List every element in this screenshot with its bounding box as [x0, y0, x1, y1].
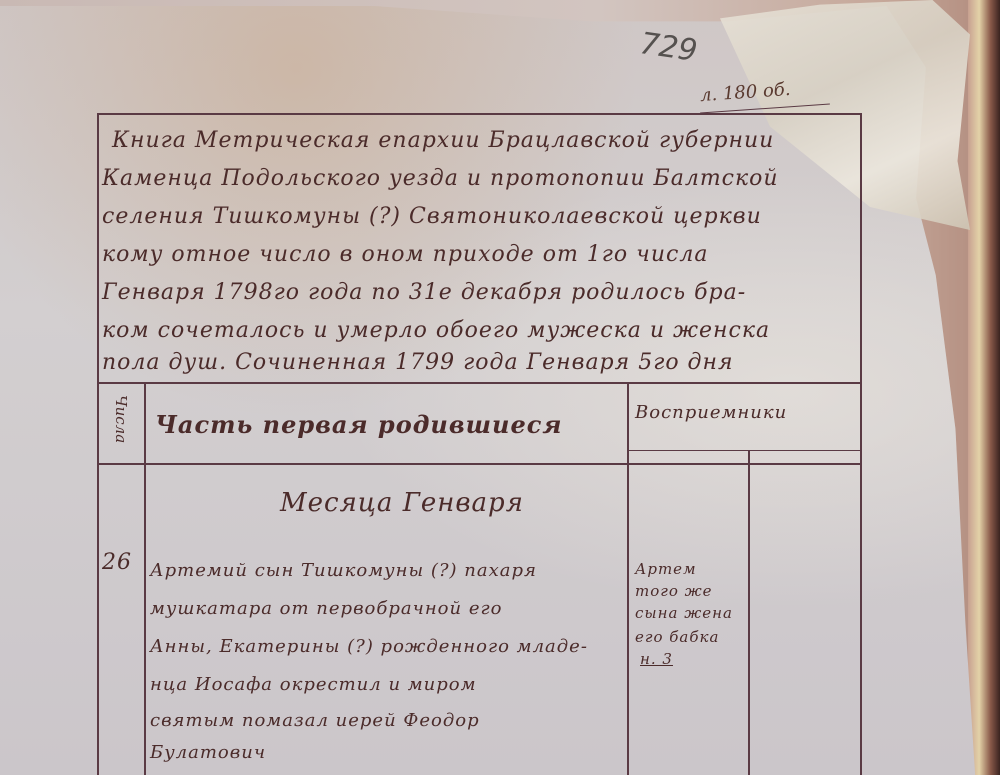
frame-right-rule: [860, 113, 862, 775]
header-line-3: селения Тишкомуны (?) Святониколаевской …: [102, 204, 762, 229]
header-line-4: кому отное число в оном приходе от 1го ч…: [102, 242, 708, 267]
header-line-5: Генваря 1798го года по 31е декабря родил…: [102, 280, 746, 305]
godparents-line-4: его бабка: [635, 628, 719, 646]
godparents-column-header: Восприемники: [635, 402, 787, 423]
godparents-line-3: сына жена: [635, 604, 733, 622]
entry-day: 26: [102, 550, 132, 575]
entry-record-line-4: нца Иосафа окрестил и миром: [150, 674, 477, 695]
header-line-2: Каменца Подольского уезда и протопопии Б…: [102, 166, 779, 191]
header-line-6: ком сочеталось и умерло обоего мужеска и…: [102, 318, 770, 343]
header-line-1: Книга Метрическая епархии Брацлавской гу…: [112, 128, 774, 153]
month-heading: Месяца Генваря: [280, 488, 524, 518]
entry-record-line-6: Булатович: [150, 742, 266, 763]
godparents-sub-rule: [627, 450, 862, 451]
frame-left-rule: [97, 113, 99, 775]
header-line-7: пола душ. Сочиненная 1799 года Генваря 5…: [102, 350, 734, 375]
entry-record-line-5: святым помазал иерей Феодор: [150, 710, 480, 731]
godparents-line-2: того же: [635, 582, 713, 600]
header-bottom-rule: [97, 382, 862, 384]
entry-record-line-1: Артемий сын Тишкомуны (?) пахаря: [150, 560, 537, 581]
margin-column-rule: [144, 384, 146, 775]
godparents-line-5: н. 3: [640, 650, 673, 668]
frame-top-rule: [97, 113, 862, 115]
godparents-column-rule: [748, 450, 750, 775]
record-column-rule: [627, 384, 629, 775]
book-spine-edge: [968, 0, 1000, 775]
entry-record-line-2: мушкатара от первобрачной его: [150, 598, 502, 619]
entry-record-line-3: Анны, Екатерины (?) рожденного младе-: [150, 636, 588, 657]
margin-column-header: Числа: [112, 395, 130, 443]
godparents-line-1: Артем: [635, 560, 697, 578]
section-header: Часть первая родившиеся: [155, 410, 562, 439]
